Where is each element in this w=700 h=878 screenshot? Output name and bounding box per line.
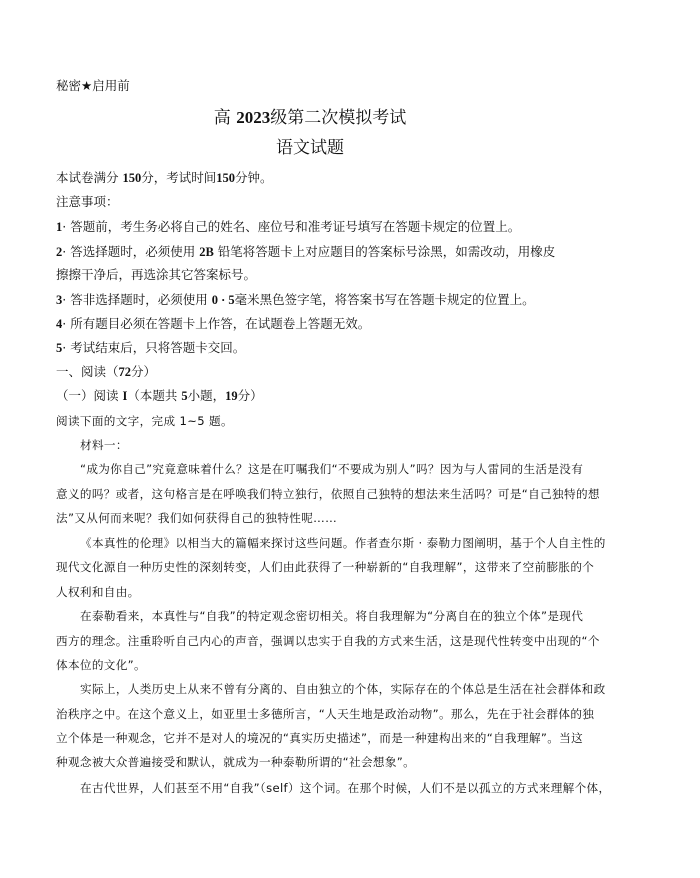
exam-info: 本试卷满分 150分，考试时间150分钟。 xyxy=(56,170,273,186)
subject-title: 语文试题 xyxy=(56,137,564,159)
passage-line: 立个体是一种观念，它并不是对人的境况的“真实历史描述”，而是一种建构出来的“自我… xyxy=(56,730,583,746)
section-heading: 一、阅读（72分） xyxy=(56,364,156,380)
passage-line: 在古代世界，人们甚至不用“自我”（self）这个词。在那个时候，人们不是以孤立的… xyxy=(80,780,610,796)
passage-line: 《本真性的伦理》以相当大的篇幅来探讨这些问题。作者查尔斯 · 泰勒力图阐明，基于… xyxy=(80,535,606,551)
passage-line: 体本位的文化”。 xyxy=(56,657,146,673)
passage-line: 西方的理念。注重聆听自己内心的声音，强调以忠实于自我的方式来生活，这是现代性转变… xyxy=(56,633,600,649)
passage-line: 在泰勒看来，本真性与“自我”的特定观念密切相关。将自我理解为“分离自在的独立个体… xyxy=(80,608,583,624)
note-item-2: 2· 答选择题时，必须使用 2B 铅笔将答题卡上对应题目的答案标号涂黑，如需改动… xyxy=(56,244,555,260)
passage-line: 种观念被大众普遍接受和默认，就成为一种泰勒所谓的“社会想象”。 xyxy=(56,754,415,770)
passage-line: 意义的吗？或者，这句格言是在呼唤我们特立独行，依照自己独特的想法来生活吗？可是“… xyxy=(56,486,600,502)
material-label: 材料一： xyxy=(80,437,128,453)
passage-line: “成为你自己”究竟意味着什么？这是在叮嘱我们“不要成为别人”吗？因为与人雷同的生… xyxy=(80,461,583,477)
note-item-4: 4· 所有题目必须在答题卡上作答，在试题卷上答题无效。 xyxy=(56,316,370,332)
passage-line: 实际上，人类历史上从来不曾有分离的、自由独立的个体，实际存在的个体总是生活在社会… xyxy=(80,681,606,697)
passage-line: 治秩序之中。在这个意义上，如亚里士多德所言，“人天生地是政治动物”。那么，先在于… xyxy=(56,706,594,722)
note-item-2-cont: 擦擦干净后，再选涂其它答案标号。 xyxy=(56,267,256,283)
reading-instruction: 阅读下面的文字，完成 1~5 题。 xyxy=(56,413,233,429)
passage-line: 现代文化源自一种历史性的深刻转变，人们由此获得了一种崭新的“自我理解”，这带来了… xyxy=(56,559,594,575)
passage-line: 人权利和自由。 xyxy=(56,584,140,600)
subsection-heading: （一）阅读 I（本题共 5小题，19分） xyxy=(56,388,263,404)
confidential-label: 秘密★启用前 xyxy=(56,78,130,94)
note-item-5: 5· 考试结束后，只将答题卡交回。 xyxy=(56,340,245,356)
notes-heading: 注意事项： xyxy=(56,194,119,210)
note-item-1: 1· 答题前，考生务必将自己的姓名、座位号和准考证号填写在答题卡规定的位置上。 xyxy=(56,219,520,235)
passage-line: 法”又从何而来呢？我们如何获得自己的独特性呢…… xyxy=(56,510,337,526)
exam-title: 高 2023级第二次模拟考试 xyxy=(56,107,564,129)
note-item-3: 3· 答非选择题时，必须使用 0 · 5毫米黑色签字笔，将答案书写在答题卡规定的… xyxy=(56,292,535,308)
